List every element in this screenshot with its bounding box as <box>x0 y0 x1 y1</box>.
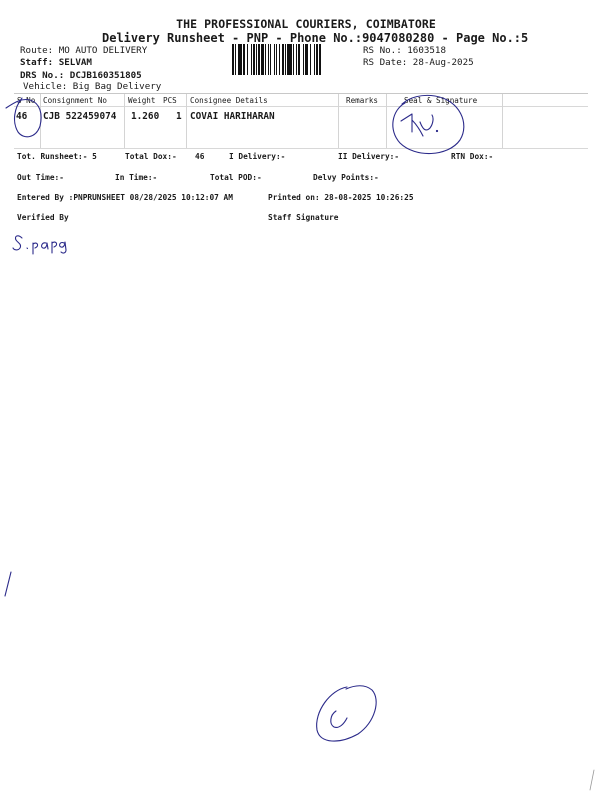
signature-icon <box>401 114 433 136</box>
seal-circle-icon <box>393 95 464 153</box>
ink-stroke-icon <box>5 572 11 596</box>
verifier-signature-icon <box>13 236 66 254</box>
check-mark-icon <box>331 711 347 727</box>
bottom-circle-icon <box>317 686 377 741</box>
handwriting-layer <box>0 0 600 800</box>
circle-mark-icon <box>6 98 41 137</box>
